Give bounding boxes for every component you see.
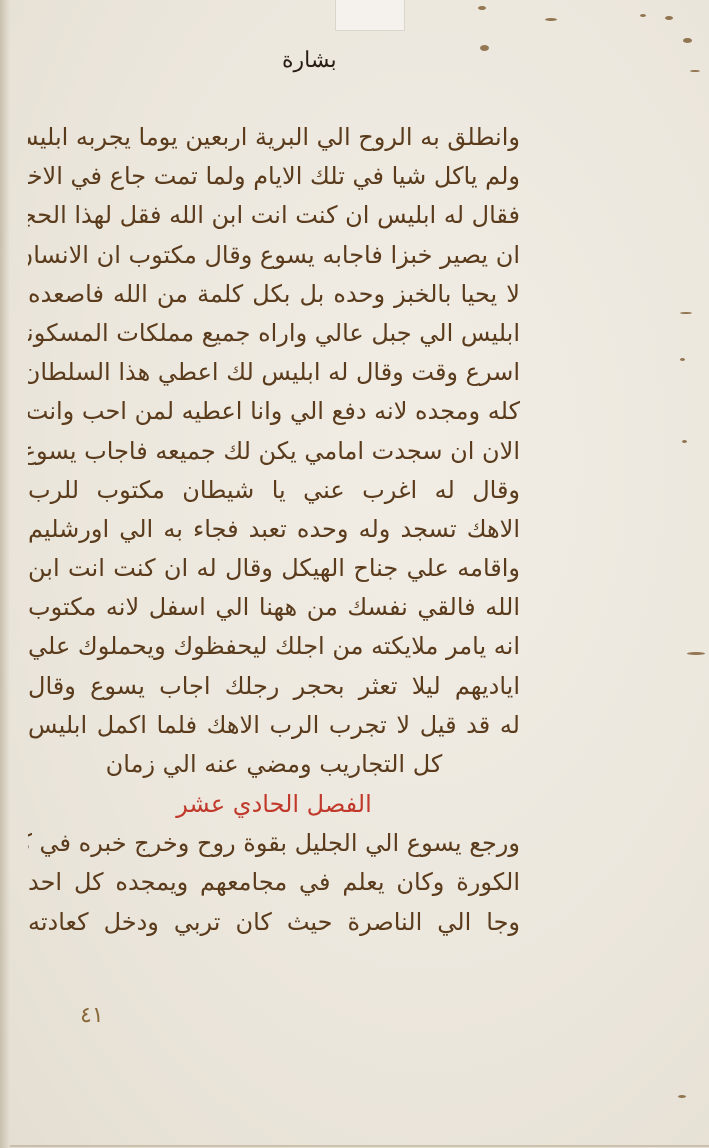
- ink-speck: [10, 1145, 709, 1147]
- ink-speck: [678, 1095, 686, 1098]
- text-line: اياديهم ليلا تعثر بحجر رجلك اجاب يسوع وق…: [28, 667, 520, 706]
- text-line: وقال له اغرب عني يا شيطان مكتوب للرب: [28, 471, 520, 510]
- ink-speck: [682, 440, 687, 443]
- ink-speck: [478, 6, 486, 10]
- page-heading: بشارة: [282, 48, 337, 73]
- text-line: اسرع وقت وقال له ابليس لك اعطي هذا السلط…: [28, 353, 520, 392]
- text-line: الله فالقي نفسك من ههنا الي اسفل لانه مك…: [28, 588, 520, 627]
- text-line: وانطلق به الروح الي البرية اربعين يوما ي…: [28, 118, 520, 157]
- text-line: الان ان سجدت امامي يكن لك جميعه فاجاب يس…: [28, 432, 520, 471]
- ink-speck: [480, 45, 489, 51]
- text-line: لا يحيا بالخبز وحده بل بكل كلمة من الله …: [28, 275, 520, 314]
- text-line-last: كل التجاريب ومضي عنه الي زمان: [28, 745, 520, 784]
- manuscript-page: بشارة وانطلق به الروح الي البرية اربعين …: [0, 0, 709, 1148]
- text-line: ان يصير خبزا فاجابه يسوع وقال مكتوب ان ا…: [28, 236, 520, 275]
- ink-speck: [690, 70, 700, 72]
- ink-speck: [640, 14, 646, 17]
- text-line: ورجع يسوع الي الجليل بقوة روح وخرج خبره …: [28, 824, 520, 863]
- catchword-folio: ٤١: [80, 1003, 104, 1028]
- repair-tape: [335, 0, 405, 31]
- text-line: الاهك تسجد وله وحده تعبد فجاء به الي اور…: [28, 510, 520, 549]
- text-line: ابليس الي جبل عالي واراه جميع مملكات الم…: [28, 314, 520, 353]
- text-line: له قد قيل لا تجرب الرب الاهك فلما اكمل ا…: [28, 706, 520, 745]
- ink-speck: [680, 358, 685, 361]
- text-line: واقامه علي جناح الهيكل وقال له ان كنت ان…: [28, 549, 520, 588]
- ink-speck: [683, 38, 692, 43]
- ink-speck: [545, 18, 557, 21]
- text-line: كله ومجده لانه دفع الي وانا اعطيه لمن اح…: [28, 392, 520, 431]
- text-line: فقال له ابليس ان كنت انت ابن الله فقل له…: [28, 196, 520, 235]
- ink-speck: [665, 16, 673, 20]
- text-line: ولم ياكل شيا في تلك الايام ولما تمت جاع …: [28, 157, 520, 196]
- manuscript-text: وانطلق به الروح الي البرية اربعين يوما ي…: [28, 118, 520, 942]
- ink-speck: [687, 652, 705, 655]
- page-gutter-shadow: [0, 0, 10, 1148]
- chapter-heading: الفصل الحادي عشر: [28, 784, 520, 824]
- ink-speck: [680, 312, 692, 314]
- text-line: الكورة وكان يعلم في مجامعهم ويمجده كل اح…: [28, 863, 520, 902]
- text-line: وجا الي الناصرة حيث كان تربي ودخل كعادته: [28, 903, 520, 942]
- text-line: انه يامر ملايكته من اجلك ليحفظوك ويحملوك…: [28, 627, 520, 666]
